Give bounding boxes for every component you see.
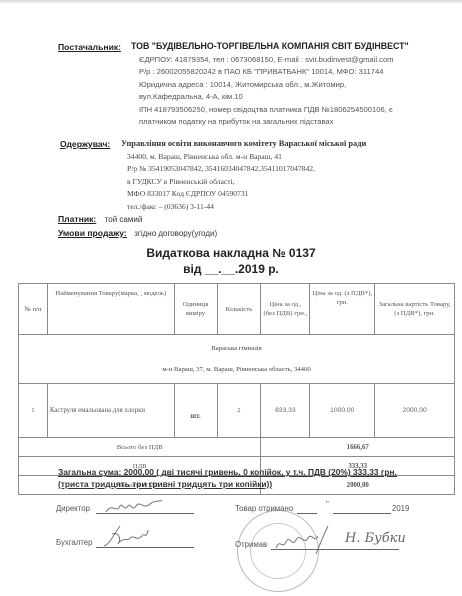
supplier-name: ТОВ "БУДІВЕЛЬНО-ТОРГІВЕЛЬНА КОМПАНІЯ СВІ…: [131, 41, 409, 51]
director-signature: [104, 498, 164, 516]
col-header-price-no-vat: Ціна за од., (без ПДВ) грн.,: [261, 284, 310, 335]
recipient-line: МФО 833017 Код ЄДРПОУ 04590731: [127, 188, 315, 200]
supplier-details: ЄДРПОУ: 41879354, тел : 0673068150, E-ma…: [139, 54, 394, 128]
cell-qty: 2: [217, 384, 261, 438]
supplier-label: Постачальник:: [58, 42, 121, 52]
group-name: Вараська гімназія: [21, 338, 452, 359]
supplier-line: вул.Кафедральна, 4-А, кім.10: [139, 91, 394, 103]
summary-value: 1666,67: [261, 438, 455, 457]
recipient-line: Р/р № 35419053047842, 35416034047842,354…: [127, 163, 315, 175]
group-row: Вараська гімназія м-н Вараш, 37, м. Вара…: [19, 335, 455, 384]
cell-unit: шт.: [174, 384, 217, 438]
receiver-label: Отримав: [235, 540, 267, 549]
accountant-signature: [100, 524, 150, 550]
goods-received-label: Товар отримано: [235, 504, 293, 513]
received-quote: ": [326, 500, 329, 509]
recipient-label: Одержувач:: [60, 139, 110, 149]
receiver-signature: [272, 524, 332, 560]
document-date: від __.__.2019 р.: [0, 262, 462, 276]
cell-price-no-vat: 833,33: [261, 384, 310, 438]
col-header-price-vat: Ціна за од. (з ПДВ*), грн.: [310, 284, 375, 335]
received-year: 2019: [392, 504, 409, 513]
summary-row: Всього без ПДВ 1666,67: [19, 438, 455, 457]
col-header-num: № п/п: [19, 284, 48, 335]
terms-row: Умови продажу: згідно договору(угоди): [58, 223, 217, 241]
recipient-line: 34400, м. Вараш, Рівненська обл. м-н Вар…: [127, 151, 315, 163]
total-sum-line-1: Загальна сума: 2000,00 ( дві тисячі грив…: [58, 467, 397, 477]
summary-label: Всього без ПДВ: [19, 438, 261, 457]
cell-price-vat: 1000,00: [310, 384, 375, 438]
scan-top-edge: [0, 0, 462, 4]
supplier-line: Р/р : 26002055820242 в ПАО КБ "ПРИВАТБАН…: [139, 66, 394, 78]
cell-name: Каструля емальована для хлорки: [47, 384, 174, 438]
document-title: Видаткова накладна № 0137: [0, 246, 462, 260]
group-cell: Вараська гімназія м-н Вараш, 37, м. Вара…: [19, 335, 455, 384]
supplier-line: платником податку на прибуток на загальн…: [139, 116, 394, 128]
received-month-line: [333, 513, 391, 514]
invoice-table: № п/п Найменування Товару(марка, , модел…: [18, 283, 455, 495]
supplier-line: Юридична адреса : 10014, Житомирська обл…: [139, 79, 394, 91]
col-header-qty: Кількість: [217, 284, 261, 335]
total-sum-line-2: (триста тридцять три гривні тридцять три…: [58, 479, 272, 489]
supplier-line: ЄДРПОУ: 41879354, тел : 0673068150, E-ma…: [139, 54, 394, 66]
accountant-label: Бухгалтер: [56, 538, 92, 547]
table-header-row: № п/п Найменування Товару(марка, , модел…: [19, 284, 455, 335]
terms-value: згідно договору(угоди): [134, 229, 217, 238]
col-header-name: Найменування Товару(марка, , модель): [47, 284, 174, 335]
recipient-name: Управління освіти виконавчого комітету В…: [121, 139, 366, 148]
received-day-line: [297, 513, 317, 514]
supplier-line: ІПН 418793506250, номер свідоцтва платни…: [139, 104, 394, 116]
receiver-handwritten-name: Н. Бубки: [345, 531, 406, 546]
recipient-details: 34400, м. Вараш, Рівненська обл. м-н Вар…: [127, 151, 315, 213]
summary-value: 2000,00: [261, 476, 455, 495]
director-label: Директор: [56, 504, 90, 513]
cell-num: 1: [19, 384, 48, 438]
recipient-line: тел./факс – (03636) 3-11-44: [127, 201, 315, 213]
group-address: м-н Вараш, 37, м. Вараш, Рівненська обла…: [21, 359, 452, 380]
table-row: 1 Каструля емальована для хлорки шт. 2 8…: [19, 384, 455, 438]
col-header-unit: Одиниця виміру: [174, 284, 217, 335]
recipient-line: в ГУДКСУ в Рівненській області,: [127, 176, 315, 188]
col-header-total: Загальна вартість Товару, (з ПДВ*), грн.: [375, 284, 455, 335]
cell-total: 2000,00: [375, 384, 455, 438]
terms-label: Умови продажу:: [58, 228, 127, 238]
